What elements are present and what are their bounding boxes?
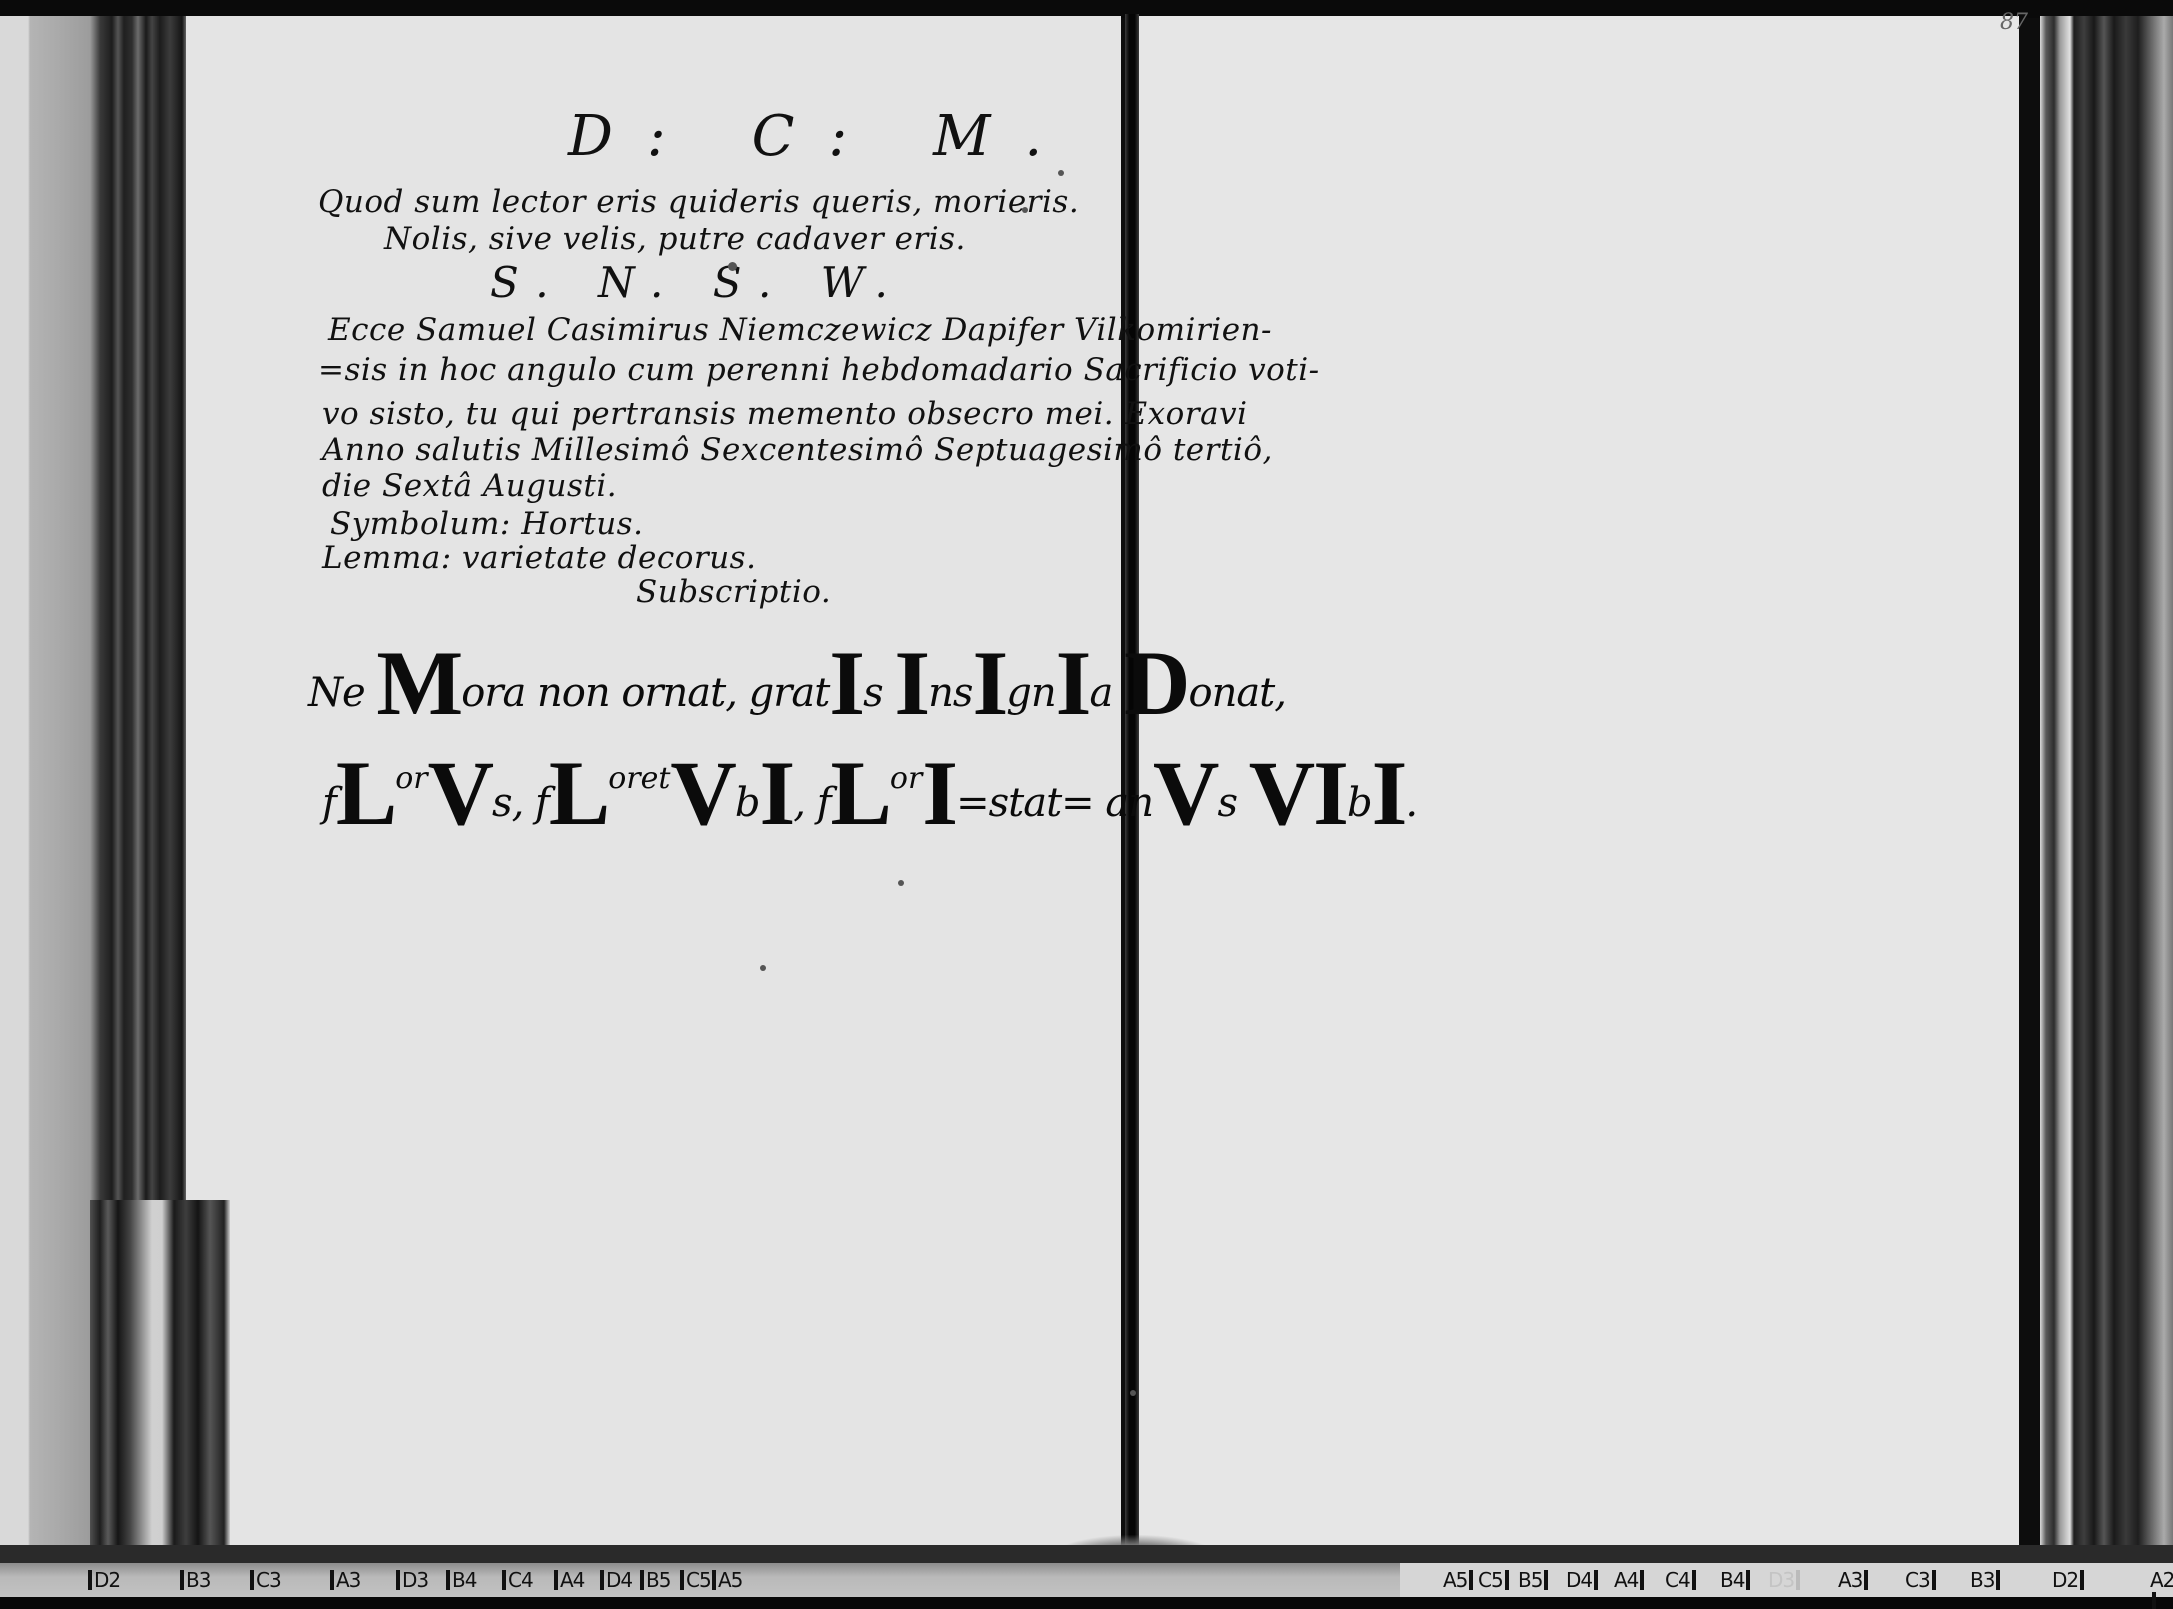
chronogram-numeral: L [549,742,608,844]
page-heading: D: C: M. [568,104,1076,169]
tab-label: B3 [1970,1569,2000,1591]
body-line-3: vo sisto, tu qui pertransis memento obse… [322,396,1248,432]
tab-label: B4 [1720,1569,1750,1591]
ink-speck [1130,1390,1136,1396]
chronogram-text: or [890,761,922,796]
text-line-2: Nolis, sive velis, putre cadaver eris. [384,221,966,257]
tab-label: D2 [88,1569,120,1591]
chronogram-numeral: I [894,632,928,734]
body-line-4: Anno salutis Millesimô Sexcentesimô Sept… [322,432,1273,468]
chronogram-text: gn [1006,670,1055,716]
ink-speck [898,880,904,886]
chronogram-numeral: I [972,632,1006,734]
chronogram-text: Ne [308,670,376,716]
chronogram-numeral: L [831,742,890,844]
tab-label: C5 [680,1569,711,1591]
tab-label: A2 [2150,1569,2173,1609]
chronogram-numeral: V [670,742,734,844]
right-book-edges [2040,16,2173,1556]
folio-number: 87 [2000,10,2028,35]
lemma-line: Lemma: varietate decorus. [322,540,756,576]
chronogram-numeral: D [1124,632,1188,734]
tab-label: D2 [2052,1569,2084,1591]
body-line-2: =sis in hoc angulo cum perenni hebdomada… [318,352,1320,388]
subscriptio-label: Subscriptio. [636,574,831,610]
tab-label: B5 [1518,1569,1548,1591]
chronogram-numeral: I [922,742,956,844]
tab-label: C3 [1905,1569,1936,1591]
chronogram-numeral: I [1372,742,1406,844]
chronogram-line-2: fLorVs, fLoretVbI, fLorI=stat= anVs VIbI… [322,740,1417,846]
chronogram-text: b [1347,780,1372,826]
chronogram-line-1: Ne Mora non ornat, gratIs InsIgnIa Donat… [308,630,1286,736]
chronogram-text: onat, [1188,670,1285,716]
body-line-5: die Sextâ Augusti. [322,468,617,504]
chronogram-numeral: I [1056,632,1090,734]
tab-label: A3 [1838,1569,1868,1591]
tab-label: C3 [250,1569,281,1591]
chronogram-text: a [1089,670,1124,716]
ink-speck [728,262,737,271]
tab-label: D4 [600,1569,632,1591]
chronogram-numeral: M [376,632,461,734]
chronogram-numeral: V [1153,742,1217,844]
chronogram-text: ns [928,670,972,716]
ink-speck [1022,207,1028,213]
chronogram-text: s [1217,780,1248,826]
chronogram-text: f [322,780,336,826]
tab-label: D3 [396,1569,428,1591]
tab-label: B3 [180,1569,210,1591]
chronogram-numeral: L [336,742,395,844]
chronogram-text: ora non ornat, grat [461,670,829,716]
tab-label: A5 [1443,1569,1473,1591]
tab-label: B4 [446,1569,476,1591]
left-book-edges-lower [90,1200,230,1560]
tab-label: C4 [1665,1569,1696,1591]
chronogram-numeral: I [759,742,793,844]
symbolum-line: Symbolum: Hortus. [330,506,643,542]
tab-label: A5 [712,1569,742,1591]
tab-label: D4 [1566,1569,1598,1591]
tab-label: D3 [1768,1569,1800,1591]
tab-label: C4 [502,1569,533,1591]
chronogram-text: s [863,670,894,716]
chronogram-text: b [735,780,760,826]
ink-speck [1058,170,1064,176]
chronogram-text: =stat= an [956,780,1153,826]
film-bottom-border [0,1597,2173,1609]
tab-label: A4 [1614,1569,1644,1591]
chronogram-numeral: V [1249,742,1313,844]
chronogram-numeral: V [428,742,492,844]
body-line-1: Ecce Samuel Casimirus Niemczewicz Dapife… [328,312,1272,348]
subheading: S. N. S. W. [490,258,906,307]
ink-speck [760,965,766,971]
tab-label: B5 [640,1569,670,1591]
tab-label: C5 [1478,1569,1509,1591]
chronogram-numeral: I [1313,742,1347,844]
chronogram-text: s, f [492,780,549,826]
chronogram-text: , f [793,780,830,826]
chronogram-text: . [1405,780,1417,826]
chronogram-text: oret [608,761,670,796]
chronogram-numeral: I [829,632,863,734]
chronogram-text: or [395,761,427,796]
text-line-1: Quod sum lector eris quideris queris, mo… [318,184,1079,220]
tab-label: A4 [554,1569,584,1591]
tab-label: A3 [330,1569,360,1591]
